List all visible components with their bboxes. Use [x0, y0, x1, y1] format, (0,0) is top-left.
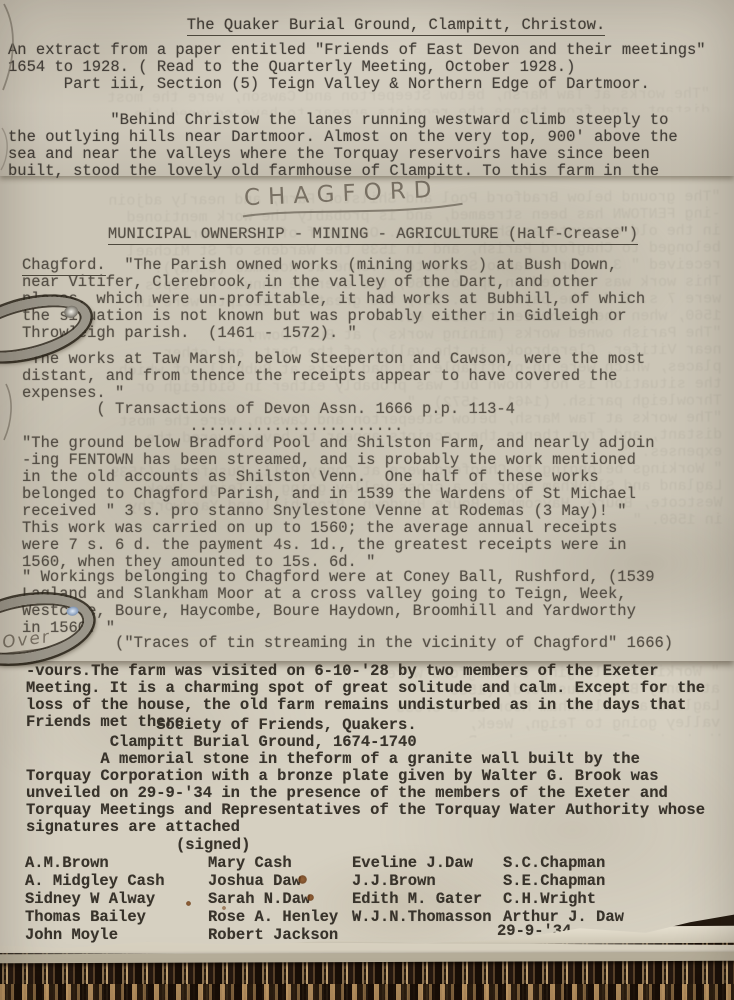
typed-line: This work was carried on up to 1560; the… — [22, 520, 655, 537]
citation-transactions: ( Transactions of Devon Assn. 1666 p.p. … — [22, 401, 515, 418]
typed-line: were 7 s. 6 d. the payment 4s. 1d., the … — [22, 537, 655, 554]
signature-name: Joshua Daw — [208, 873, 338, 891]
paragraph-taw-marsh: "The works at Taw Marsh, below Steeperto… — [22, 351, 645, 402]
typed-line: A memorial stone in theform of a granite… — [26, 751, 705, 768]
signature-name: Sidney W Alway — [25, 891, 165, 909]
signature-name: Sarah N.Daw — [208, 891, 338, 909]
typed-line: loss of the house, the old farm remains … — [26, 697, 705, 714]
typed-line-signed: (signed) — [176, 837, 250, 854]
citation-line: ("Traces of tin streaming in the vicinit… — [22, 635, 673, 652]
document-title: The Quaker Burial Ground, Clampitt, Chri… — [187, 17, 606, 36]
typed-line: belonged to Chagford Parish, and in 1539… — [22, 486, 655, 503]
section-heading-wrap: MUNICIPAL OWNERSHIP - MINING - AGRICULTU… — [0, 225, 734, 245]
signature-column-2: Mary Cash Joshua Daw Sarah N.Daw Rose A.… — [208, 855, 338, 945]
typed-line: distant, and from thence the receipts ap… — [22, 368, 645, 385]
signature-name: W.J.N.Thomasson — [352, 909, 492, 927]
typed-line: near Vitifer, Clerebrook, in the valley … — [22, 274, 645, 291]
typed-line-society: Society of Friends, Quakers. — [26, 717, 417, 734]
ring-highlight — [66, 606, 79, 617]
rust-stain — [298, 875, 307, 884]
sheet-top: "The works at Taw Marsh, below Steeperto… — [0, 0, 734, 176]
signature-name: S.C.Chapman — [503, 855, 624, 873]
typed-line: An extract from a paper entitled "Friend… — [8, 42, 706, 59]
ring-highlight — [63, 304, 79, 319]
fabric-fringe-row — [0, 984, 734, 1000]
typed-line: Chagford. "The Parish owned works (minin… — [22, 257, 645, 274]
typed-line: places, which were un-profitable, it had… — [22, 291, 645, 308]
paragraph-workings: " Workings belonging to Chagford were at… — [22, 569, 655, 637]
pencil-mark — [0, 378, 34, 448]
paragraph-chagford-parish: Chagford. "The Parish owned works (minin… — [22, 257, 645, 342]
paragraph-behind-christow: "Behind Christow the lanes running westw… — [8, 112, 678, 180]
typed-line: "The works at Taw Marsh, below Steeperto… — [22, 351, 645, 368]
signature-name: J.J.Brown — [352, 873, 492, 891]
signature-name: A. Midgley Cash — [25, 873, 165, 891]
typed-line: built, stood the lovely old farmhouse of… — [8, 163, 678, 180]
typed-line: Lagland and Slankham Moor at a cross val… — [22, 586, 655, 603]
document-photo: " Workings belonging to Chagford were at… — [0, 0, 734, 1000]
typed-line: the situation is not known but was proba… — [22, 308, 645, 325]
typed-line: Torquay Corporation with a bronze plate … — [26, 768, 705, 785]
typed-line: the outlying hills near Dartmoor. Almost… — [8, 129, 678, 146]
signature-name: Eveline J.Daw — [352, 855, 492, 873]
rust-stain — [222, 906, 226, 910]
signature-name: Thomas Bailey — [25, 909, 165, 927]
typed-line: " Workings belonging to Chagford were at… — [22, 569, 655, 586]
paragraph-memorial-stone: A memorial stone in theform of a granite… — [26, 751, 705, 836]
typed-line: received " 3 s. pro stanno Snylestone Ve… — [22, 503, 655, 520]
typed-line: "Behind Christow the lanes running westw… — [8, 112, 678, 129]
typed-line: Meeting. It is a charming spot of great … — [26, 680, 705, 697]
typed-line: Westcote, Boure, Haycombe, Boure Haydown… — [22, 603, 655, 620]
typed-line: -vours.The farm was visited on 6-10-'28 … — [26, 663, 705, 680]
paragraph-bradford-pool: "The ground below Bradford Pool and Shil… — [22, 435, 655, 571]
typed-dots: ....................... — [22, 418, 403, 435]
typed-line: sea and near the valleys where the Torqu… — [8, 146, 678, 163]
society-lines: Society of Friends, Quakers. Clampitt Bu… — [26, 717, 417, 751]
signature-column-1: A.M.Brown A. Midgley Cash Sidney W Alway… — [25, 855, 165, 945]
signature-name: Rose A. Henley — [208, 909, 338, 927]
typed-line: unveiled on 29-9-'34 in the presence of … — [26, 785, 705, 802]
citation-tin-streaming: ("Traces of tin streaming in the vicinit… — [22, 635, 673, 652]
signature-column-3: Eveline J.Daw J.J.Brown Edith M. Gater W… — [352, 855, 492, 927]
typed-line: signatures are attached — [26, 819, 705, 836]
intro-lines: An extract from a paper entitled "Friend… — [8, 42, 706, 93]
rust-stain — [186, 901, 191, 906]
signature-name: S.E.Chapman — [503, 873, 624, 891]
pencil-annotation-chagford: CHAGFORD — [244, 177, 440, 212]
section-heading: MUNICIPAL OWNERSHIP - MINING - AGRICULTU… — [108, 226, 638, 245]
signature-name: Mary Cash — [208, 855, 338, 873]
typed-line-burial-ground: Clampitt Burial Ground, 1674-1740 — [26, 734, 417, 751]
typed-line-rest: "The Parish owned works (mining works ) … — [106, 256, 618, 274]
rust-stain — [307, 894, 314, 901]
signature-name: A.M.Brown — [25, 855, 165, 873]
signature-name: Edith M. Gater — [352, 891, 492, 909]
dotted-separator: ....................... — [22, 418, 403, 435]
typed-line: -ing FENTOWN has been streamed, and is p… — [22, 452, 655, 469]
typed-line: 1654 to 1928. ( Read to the Quarterly Me… — [8, 59, 706, 76]
sheet-middle: "The ground below Bradford Pool and Shil… — [0, 172, 734, 661]
signed-label: (signed) — [176, 837, 250, 854]
typed-line: "The ground below Bradford Pool and Shil… — [22, 435, 655, 452]
pencil-mark — [0, 0, 40, 176]
citation-line: ( Transactions of Devon Assn. 1666 p.p. … — [22, 401, 515, 418]
typed-line: in the old accounts as Shilston Venn. On… — [22, 469, 655, 486]
signature-column-4: S.C.Chapman S.E.Chapman C.H.Wright Arthu… — [503, 855, 624, 927]
signature-name: C.H.Wright — [503, 891, 624, 909]
title-wrap: The Quaker Burial Ground, Clampitt, Chri… — [0, 16, 734, 36]
typed-line: Throwleigh parish. (1461 - 1572). " — [22, 325, 645, 342]
sheet-bottom: " Workings belonging to Chagford were at… — [0, 648, 734, 951]
typed-line: Part iii, Section (5) Teign Valley & Nor… — [8, 76, 706, 93]
typed-line: Torquay Meetings and Representatives of … — [26, 802, 705, 819]
